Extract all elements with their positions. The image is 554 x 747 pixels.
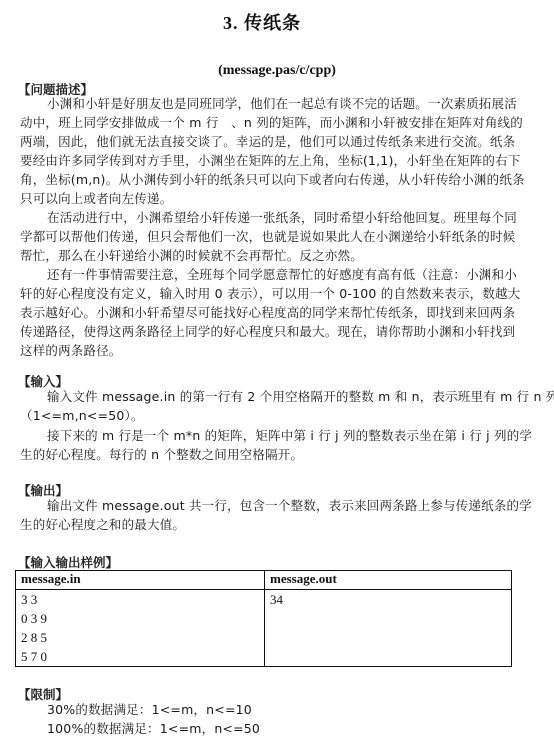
sample-output-line: 34 [270,590,506,609]
description-line: 小渊和小轩是好朋友也是同班同学，他们在一起总有谈不完的话题。一次素质拓展活 [47,94,517,113]
description-line: 这样的两条路径。 [20,341,122,360]
input-line: 接下来的 m 行是一个 m*n 的矩阵，矩阵中第 i 行 j 列的整数表示坐在第… [47,426,532,445]
description-line: 轩的好心程度没有定义，输入时用 0 表示），可以用一个 0-100 的自然数来表… [20,284,520,303]
description-line: 传递路径，使得这两条路径上同学的好心程度只和最大。现在，请你帮助小渊和小轩找到 [20,322,515,341]
column-header-output: message.out [265,571,512,590]
problem-title: 3. 传纸条 [0,9,524,35]
sample-input-line: 5 7 0 [21,647,259,666]
input-line: 生的好心程度。每行的 n 个整数之间用空格隔开。 [20,445,303,464]
sample-input-line: 0 3 9 [21,609,259,628]
problem-filenames: (message.pas/c/cpp) [0,63,554,79]
output-line: 输出文件 message.out 共一行，包含一个整数，表示来回两条路上参与传递… [47,496,532,515]
table-row: 3 3 0 3 9 2 8 5 5 7 0 34 [16,590,512,667]
description-line: 动中，班上同学安排做成一个 m 行 、n 列的矩阵，而小渊和小轩被安排在矩阵对角… [20,113,523,132]
description-line: 在活动进行中，小渊希望给小轩传递一张纸条，同时希望小轩给他回复。班里每个同 [47,208,517,227]
column-header-input: message.in [16,571,265,590]
output-line: 生的好心程度之和的最大值。 [20,515,185,534]
limit-line: 30%的数据满足：1<=m，n<=10 [47,700,252,719]
table-header-row: message.in message.out [16,571,512,590]
description-line: 表示越好心。小渊和小轩希望尽可能找好心程度高的同学来帮忙传纸条，即找到来回两条 [20,303,515,322]
description-line: 还有一件事情需要注意，全班每个同学愿意帮忙的好感度有高有低（注意：小渊和小 [47,265,517,284]
input-line: 输入文件 message.in 的第一行有 2 个用空格隔开的整数 m 和 n，… [47,387,554,406]
description-line: 角，坐标(m,n)。从小渊传到小轩的纸条只可以向下或者向右传递，从小轩传给小渊的… [20,170,525,189]
description-line: 帮忙，那么在小轩递给小渊的时候就不会再帮忙。反之亦然。 [20,246,363,265]
sample-input-line: 2 8 5 [21,628,259,647]
limit-line: 100%的数据满足：1<=m，n<=50 [47,719,260,738]
sample-output-cell: 34 [265,590,512,667]
sample-io-table: message.in message.out 3 3 0 3 9 2 8 5 5… [15,570,512,667]
sample-input-cell: 3 3 0 3 9 2 8 5 5 7 0 [16,590,265,667]
input-line: （1<=m,n<=50）。 [20,406,144,425]
section-heading-sample: 【输入输出样例】 [18,553,118,571]
description-line: 学都可以帮他们传递，但只会帮他们一次，也就是说如果此人在小渊递给小轩纸条的时候 [20,227,515,246]
sample-input-line: 3 3 [21,590,259,609]
description-line: 只可以向上或者向左传递。 [20,189,172,208]
description-line: 要经由许多同学传到对方手里，小渊坐在矩阵的左上角，坐标(1,1)，小轩坐在矩阵的… [20,151,521,170]
description-line: 两端，因此，他们就无法直接交谈了。幸运的是，他们可以通过传纸条来进行交流。纸条 [20,132,515,151]
